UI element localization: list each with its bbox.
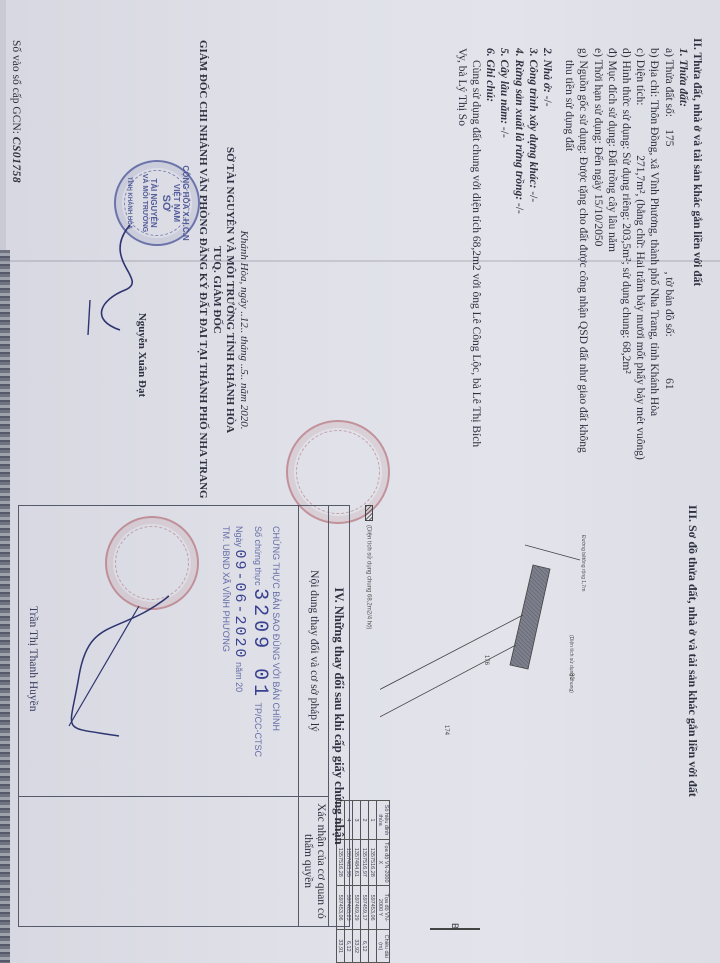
forest-row: 4. Rừng sản xuất là rừng trồng: -/- bbox=[511, 38, 525, 478]
usage-form: d) Hình thức sử dụng: Sử dụng riêng: 203… bbox=[619, 38, 633, 478]
rotated-document: II. Thửa đất, nhà ở và tài sản khác gắn … bbox=[0, 0, 720, 963]
parcel-diagram: (Diện tích sử dụng chung) Đường bêtông r… bbox=[380, 505, 680, 945]
officer-name: Trần Thị Thanh Huyền bbox=[27, 606, 39, 712]
issuing-org: SỞ TÀI NGUYÊN VÀ MÔI TRƯỜNG TỈNH KHÁNH H… bbox=[223, 40, 237, 480]
changes-header: Nội dung thay đổi và cơ sở pháp lý bbox=[298, 506, 329, 796]
address: b) Địa chỉ: Thôn Đồng, xã Vĩnh Phương, t… bbox=[647, 38, 661, 478]
shared-area-label: (Diện tích sử dụng chung) bbox=[568, 635, 575, 693]
map-sheet-number: 61 bbox=[661, 340, 675, 390]
notes-label: 6. Ghi chú: bbox=[483, 38, 497, 478]
section-iii-title: III. Sơ đồ thửa đất, nhà ở và tài sản kh… bbox=[685, 505, 700, 797]
area-row: c) Diện tích: 271,7m², (bằng chữ: Hai tr… bbox=[633, 38, 647, 478]
parcel-176: 176 bbox=[483, 655, 489, 666]
stamp-org: TM. UBND XÃ VĨNH PHƯƠNG bbox=[221, 526, 231, 786]
stamp-number: 3209 01 bbox=[248, 588, 271, 700]
north-label: B bbox=[450, 923, 460, 929]
perennial-row: 5. Cây lâu năm: -/- bbox=[497, 38, 511, 478]
area-value: 271,7m², (bằng chữ: Hai trăm bảy mươi mố… bbox=[634, 155, 646, 460]
signature-scribble bbox=[80, 220, 160, 340]
parcel-number-row: a) Thửa đất số: 175 , tờ bản đồ số: 61 bbox=[661, 38, 675, 478]
signer-position: GIÁM ĐỐC CHI NHÁNH VĂN PHÒNG ĐĂNG KÝ ĐẤT… bbox=[196, 40, 210, 480]
usage-origin: g) Nguồn gốc sử dụng: Được tặng cho đất … bbox=[576, 38, 590, 478]
other-construction-row: 3. Công trình xây dựng khác: -/- bbox=[526, 38, 540, 478]
confirmation-column: Xác nhận của cơ quan có thẩm quyền bbox=[19, 796, 329, 926]
coordinate-row: 21357516,97597459,176,12 bbox=[361, 801, 369, 963]
officer-signature bbox=[39, 586, 179, 746]
notes-line-1: Cùng sử dụng đất chung với diện tích 68,… bbox=[469, 38, 483, 478]
notes-line-2: Vy, bà Lý Thị So bbox=[455, 38, 469, 478]
parcel-80: 80 bbox=[568, 673, 574, 680]
certification-stamp: CHỨNG THỰC BẢN SAO ĐÚNG VỚI BẢN CHÍNH Số… bbox=[221, 526, 281, 786]
road-label: Đường bêtông rộng 1,7m bbox=[580, 535, 586, 591]
house-row: 2. Nhà ở: -/- bbox=[540, 38, 554, 478]
usage-origin-cont: thu tiền sử dụng đất bbox=[562, 38, 576, 478]
registry-number: CS01758 bbox=[10, 137, 22, 183]
parcel-174: 174 bbox=[443, 725, 449, 736]
section-iv-title: IV. Những thay đổi sau khi cấp giấy chứn… bbox=[328, 506, 349, 926]
stamp-title: CHỨNG THỰC BẢN SAO ĐÚNG VỚI BẢN CHÍNH bbox=[271, 526, 281, 786]
section-ii: II. Thửa đất, nhà ở và tài sản khác gắn … bbox=[455, 38, 704, 478]
subsection-parcel: 1. Thửa đất: bbox=[676, 38, 690, 478]
coordinate-row: 31357484,61597469,2933,92 bbox=[353, 801, 361, 963]
usage-term: e) Thời hạn sử dụng: Đến ngày 15/10/2050 bbox=[590, 38, 604, 478]
usage-purpose: đ) Mục đích sử dụng: Đất trồng cây lâu n… bbox=[605, 38, 619, 478]
registry-label: Số vào sổ cấp GCN: bbox=[10, 40, 22, 134]
stamp-date: 09-06-2020 bbox=[231, 550, 248, 660]
hatch-swatch bbox=[365, 505, 373, 521]
tuq-label: TUQ. GIÁM ĐỐC bbox=[210, 40, 224, 480]
section-ii-title: II. Thửa đất, nhà ở và tài sản khác gắn … bbox=[690, 38, 704, 478]
section-iv: IV. Những thay đổi sau khi cấp giấy chứn… bbox=[18, 505, 350, 927]
registry-row: Số vào sổ cấp GCN: CS01758 bbox=[9, 40, 23, 183]
coordinate-row: 11357516,28597453,06 bbox=[369, 801, 377, 963]
changes-column: Nội dung thay đổi và cơ sở pháp lý CHỨNG… bbox=[19, 506, 329, 797]
section-iii: III. Sơ đồ thửa đất, nhà ở và tài sản kh… bbox=[685, 505, 700, 797]
parcel-number: 175 bbox=[661, 120, 675, 156]
shared-area-legend: (Diện tích sử dụng chung 68,2m2/4 hộ) bbox=[365, 505, 373, 629]
place-date: Khánh Hòa, ngày ..12.. tháng ..5.. năm 2… bbox=[237, 40, 251, 480]
confirmation-header: Xác nhận của cơ quan có thẩm quyền bbox=[298, 796, 329, 926]
